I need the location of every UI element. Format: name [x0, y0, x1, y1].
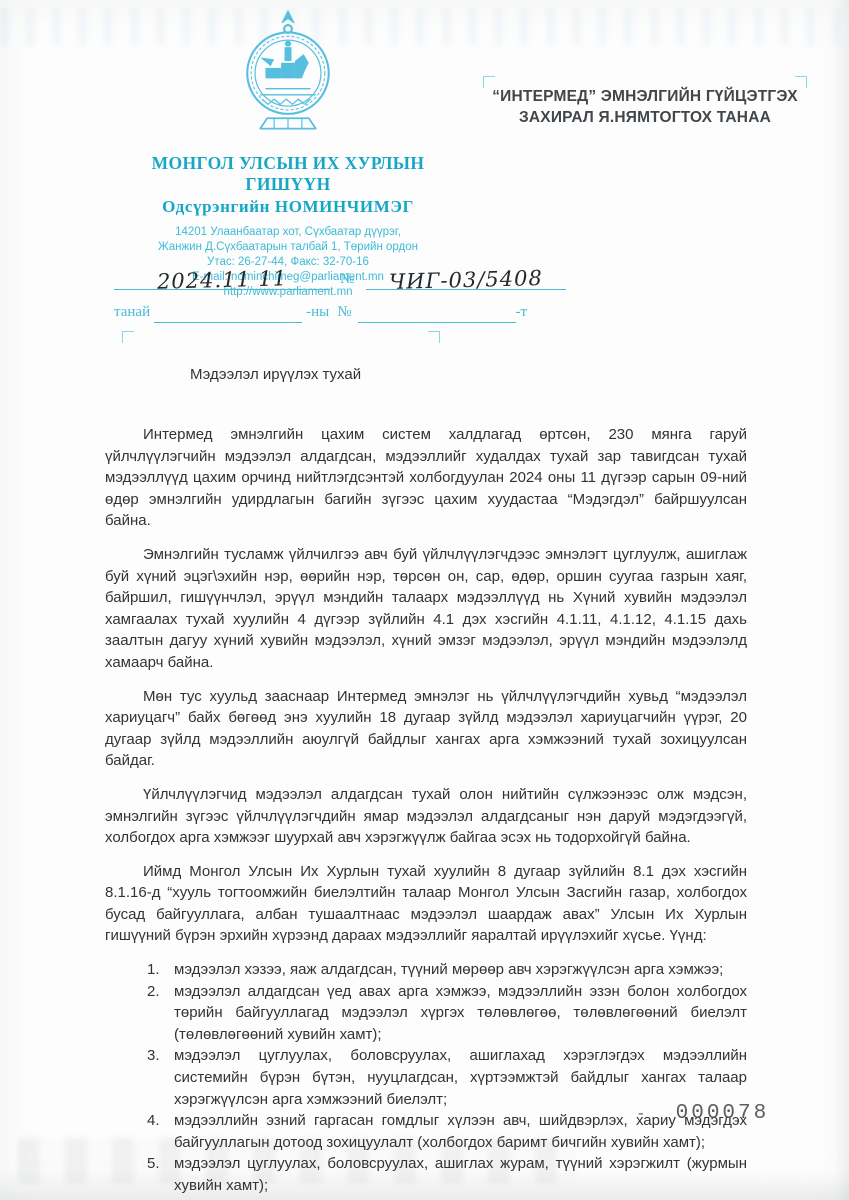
- reply-blank-line: [154, 299, 302, 323]
- paragraph: Эмнэлгийн тусламж үйлчилгээ авч буй үйлч…: [105, 544, 747, 674]
- paragraph: Интермед эмнэлгийн цахим систем халдлага…: [105, 424, 747, 532]
- recipient-block: “ИНТЕРМЕД” ЭМНЭЛГИЙН ГҮЙЦЭТГЭХ ЗАХИРАЛ Я…: [487, 86, 803, 128]
- reference-row-date: 2024.11 11 № ЧИГ-03/5408: [114, 266, 566, 290]
- letterhead: МОНГОЛ УЛСЫН ИХ ХУРЛЫН ГИШҮҮН Одсүрэнгий…: [120, 6, 456, 300]
- recipient-line2: ЗАХИРАЛ Я.НЯМТОГТОХ ТАНАА: [487, 107, 803, 128]
- list-item: 1. мэдээлэл хэзээ, яаж алдагдсан, түүний…: [147, 959, 747, 981]
- requested-info-list: 1. мэдээлэл хэзээ, яаж алдагдсан, түүний…: [105, 959, 747, 1197]
- scan-edge-right: [835, 0, 849, 1200]
- reply-number-sign-label: №: [329, 304, 351, 323]
- number-sign-label: №: [330, 271, 358, 290]
- number-blank-line: ЧИГ-03/5408: [366, 266, 566, 290]
- page-number-stamp: - 000078: [636, 1102, 769, 1125]
- stamp-dash: -: [636, 1105, 646, 1123]
- corner-mark-icon: [795, 76, 807, 88]
- paragraph: Үйлчлүүлэгчид мэдээлэл алдагдсан тухай о…: [105, 784, 747, 849]
- address-line: Жанжин Д.Сүхбаатарын талбай 1, Төрийн ор…: [120, 240, 456, 255]
- recipient-line1: “ИНТЕРМЕД” ЭМНЭЛГИЙН ГҮЙЦЭТГЭХ: [487, 86, 803, 107]
- handwritten-ref-number: ЧИГ-03/5408: [389, 266, 543, 294]
- mongolia-state-emblem-icon: [236, 6, 340, 147]
- list-item-text: мэдээлэл цуглуулах, боловсруулах, ашигла…: [174, 1153, 747, 1196]
- paragraph: Иймд Монгол Улсын Их Хурлын тухай хуулий…: [105, 861, 747, 947]
- corner-mark-icon: [122, 331, 134, 343]
- reply-mid-label: -ны: [306, 304, 329, 323]
- list-item-number: 4.: [147, 1110, 174, 1153]
- list-item-number: 5.: [147, 1153, 174, 1196]
- list-item-number: 3.: [147, 1045, 174, 1110]
- stamp-page-number: 000078: [676, 1102, 770, 1125]
- scanned-letter-page: МОНГОЛ УЛСЫН ИХ ХУРЛЫН ГИШҮҮН Одсүрэнгий…: [0, 0, 849, 1200]
- list-item: 2. мэдээлэл алдагдсан үед авах арга хэмж…: [147, 981, 747, 1046]
- list-item: 5. мэдээлэл цуглуулах, боловсруулах, аши…: [147, 1153, 747, 1196]
- handwritten-date: 2024.11 11: [157, 266, 288, 293]
- member-name: Одсүрэнгийн НОМИНЧИМЭГ: [120, 197, 456, 217]
- list-item-text: мэдээлэл цуглуулах, боловсруулах, ашигла…: [174, 1045, 747, 1110]
- letter-subject: Мэдээлэл ирүүлэх тухай: [190, 366, 361, 383]
- reference-row-reply: танай -ны № -т: [114, 299, 527, 323]
- parliament-member-title: МОНГОЛ УЛСЫН ИХ ХУРЛЫН ГИШҮҮН: [120, 153, 456, 195]
- list-item-text: мэдээлэл хэзээ, яаж алдагдсан, түүний мө…: [174, 959, 747, 981]
- corner-mark-icon: [428, 331, 440, 343]
- letter-body: Интермед эмнэлгийн цахим систем халдлага…: [105, 424, 747, 1197]
- list-item-text: мэдээлэл алдагдсан үед авах арга хэмжээ,…: [174, 981, 747, 1046]
- reply-prefix-label: танай: [114, 304, 150, 323]
- address-line: 14201 Улаанбаатар хот, Сүхбаатар дүүрэг,: [120, 225, 456, 240]
- reply-suffix-label: -т: [516, 304, 528, 323]
- list-item-number: 2.: [147, 981, 174, 1046]
- paragraph: Мөн тус хуульд зааснаар Интермед эмнэлэг…: [105, 686, 747, 772]
- corner-mark-icon: [483, 76, 495, 88]
- reply-number-blank-line: [358, 299, 516, 323]
- list-item: 3. мэдээлэл цуглуулах, боловсруулах, аши…: [147, 1045, 747, 1110]
- list-item-number: 1.: [147, 959, 174, 981]
- date-blank-line: 2024.11 11: [114, 266, 330, 290]
